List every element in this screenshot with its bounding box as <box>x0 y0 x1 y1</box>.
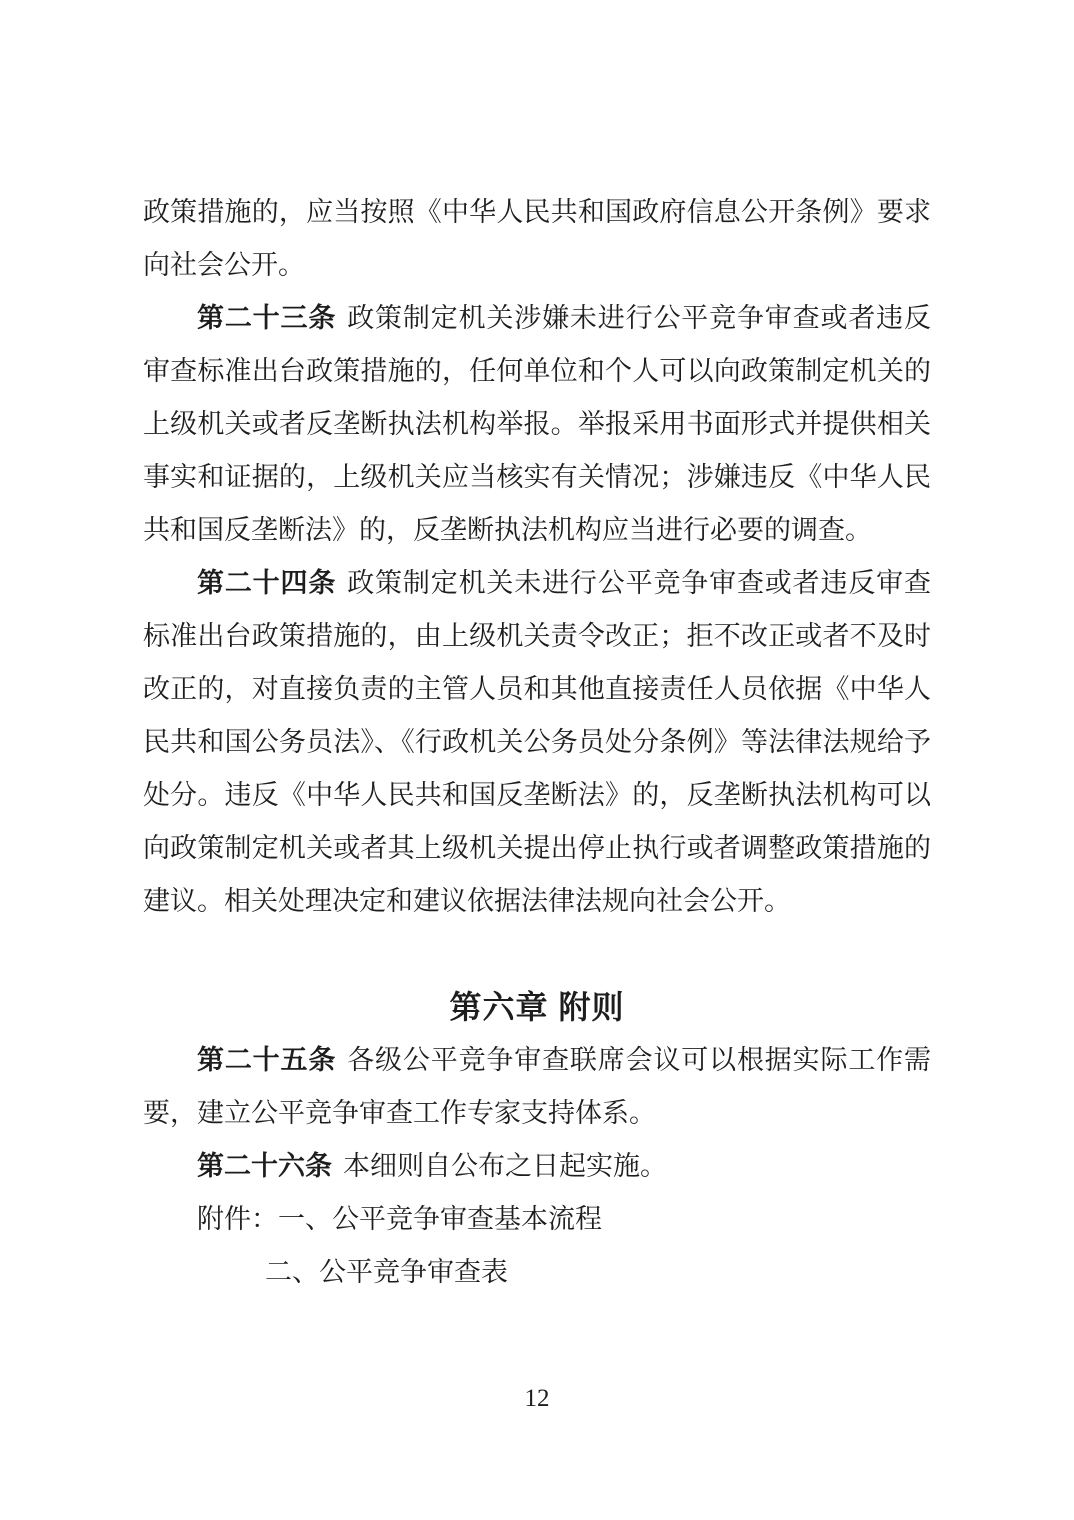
article-text: 政策制定机关涉嫌未进行公平竞争审查或者违反审查标准出台政策措施的，任何单位和个人… <box>143 303 931 545</box>
article-number-label: 第二十五条 <box>197 1045 336 1075</box>
article-number-label: 第二十四条 <box>197 568 336 598</box>
article-number-label: 第二十三条 <box>197 303 336 333</box>
article-paragraph: 第二十六条本细则自公布之日起实施。 <box>143 1140 931 1193</box>
article-paragraph: 第二十四条政策制定机关未进行公平竞争审查或者违反审查标准出台政策措施的，由上级机… <box>143 557 931 928</box>
attachment-line: 二、公平竞争审查表 <box>143 1246 931 1299</box>
article-paragraph: 第二十五条各级公平竞争审查联席会议可以根据实际工作需要，建立公平竞争审查工作专家… <box>143 1034 931 1140</box>
attachment-item-text: 一、公平竞争审查基本流程 <box>278 1204 602 1234</box>
paragraph-text: 政策措施的，应当按照《中华人民共和国政府信息公开条例》要求向社会公开。 <box>143 197 931 280</box>
page-number: 12 <box>0 1384 1074 1414</box>
document-page: 政策措施的，应当按照《中华人民共和国政府信息公开条例》要求向社会公开。第二十三条… <box>0 0 1074 1520</box>
article-paragraph: 第二十三条政策制定机关涉嫌未进行公平竞争审查或者违反审查标准出台政策措施的，任何… <box>143 292 931 557</box>
chapter-heading: 第六章 附则 <box>143 981 931 1034</box>
article-text: 本细则自公布之日起实施。 <box>343 1151 667 1181</box>
attachment-item-text: 二、公平竞争审查表 <box>265 1257 508 1287</box>
article-number-label: 第二十六条 <box>197 1151 332 1181</box>
attachment-label: 附件： <box>197 1204 278 1234</box>
attachment-line: 附件：一、公平竞争审查基本流程 <box>143 1193 931 1246</box>
body-paragraph: 政策措施的，应当按照《中华人民共和国政府信息公开条例》要求向社会公开。 <box>143 186 931 292</box>
article-text: 政策制定机关未进行公平竞争审查或者违反审查标准出台政策措施的，由上级机关责令改正… <box>143 568 931 916</box>
document-content: 政策措施的，应当按照《中华人民共和国政府信息公开条例》要求向社会公开。第二十三条… <box>143 186 931 1299</box>
